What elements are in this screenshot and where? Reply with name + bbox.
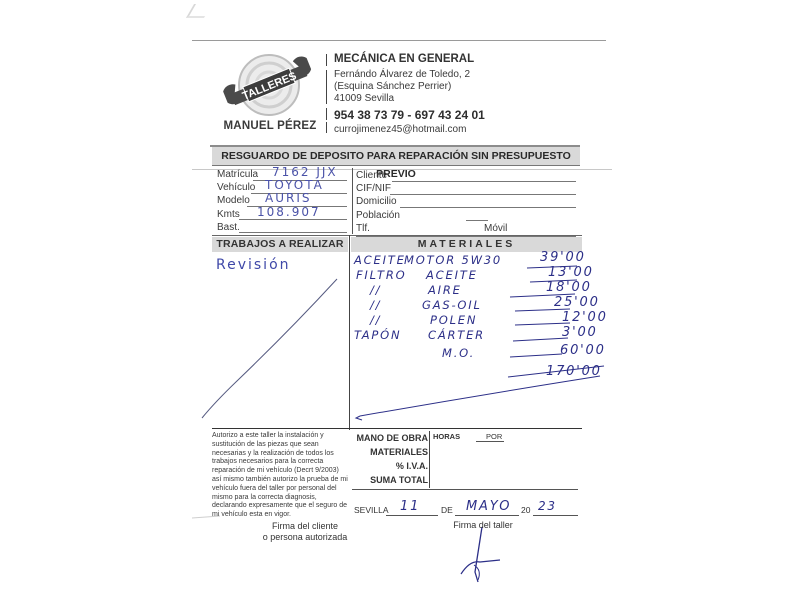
- field-label: CIF/NIF: [356, 182, 391, 196]
- top-divider: [192, 40, 606, 41]
- address-line-1: Fernándo Álvarez de Toledo, 2: [326, 69, 485, 81]
- client-field-poblacin: Población: [356, 209, 576, 223]
- brand-name: MANUEL PÉREZ: [220, 120, 320, 132]
- day-line: [386, 515, 438, 516]
- field-value: 108.907: [257, 205, 321, 219]
- hours-label: HORAS: [433, 432, 460, 441]
- material-item-part: TAPÓN: [354, 328, 401, 342]
- date-day: 11: [400, 499, 420, 514]
- material-item-name: GAS-OIL: [422, 298, 482, 312]
- totals-divider: [429, 431, 430, 488]
- field-label: Kmts: [217, 208, 240, 222]
- material-price: 39'00: [540, 250, 586, 265]
- date-month: MAYO: [466, 499, 511, 514]
- scan-artifact: [186, 4, 212, 18]
- client-field-cliente: Cliente: [356, 169, 576, 183]
- business-type: MECÁNICA EN GENERAL: [326, 52, 485, 66]
- client-signature-line-1: Firma del cliente: [240, 521, 370, 532]
- material-item-part: //: [370, 313, 381, 327]
- material-item-name: POLEN: [430, 313, 477, 327]
- date-year-prefix: 20: [521, 505, 530, 515]
- vehicle-field-bast: Bast.: [217, 221, 347, 235]
- material-item-name: ACEITE: [426, 268, 478, 282]
- client-signature-line-2: o persona autorizada: [240, 532, 370, 543]
- material-price: 12'00: [562, 310, 608, 325]
- vat-label: % I.V.A.: [352, 459, 428, 473]
- field-label: Matrícula: [217, 168, 258, 182]
- date-year: 23: [538, 499, 557, 513]
- material-price: 3'00: [562, 325, 598, 340]
- wrench-logo-icon: TALLERES: [222, 52, 316, 118]
- material-item-name: AIRE: [428, 283, 462, 297]
- field-label: Población: [356, 209, 400, 223]
- material-item-part: //: [370, 298, 381, 312]
- logo: TALLERES: [222, 52, 316, 118]
- field-label: Modelo: [217, 194, 250, 208]
- field-label: Bast.: [217, 221, 240, 235]
- work-header: TRABAJOS A REALIZAR: [212, 237, 348, 252]
- phone-numbers: 954 38 73 79 - 697 43 24 01: [326, 108, 485, 123]
- field-value: 7162 JJX: [272, 165, 338, 179]
- material-price: 13'00: [548, 265, 594, 280]
- field-label: Tlf.: [356, 222, 370, 236]
- form-title: RESGUARDO DE DEPOSITO PARA REPARACIÓN SI…: [212, 147, 580, 166]
- material-item-name: CÁRTER: [428, 328, 485, 342]
- client-field-cifnif: CIF/NIF: [356, 182, 576, 196]
- year-line: [533, 515, 578, 516]
- field-label: Cliente: [356, 169, 387, 183]
- totals-labels: MANO DE OBRA MATERIALES % I.V.A. SUMA TO…: [352, 431, 428, 487]
- field-label: Vehículo: [217, 181, 255, 195]
- field-label: Domicilio: [356, 195, 397, 209]
- date-de: DE: [441, 505, 453, 515]
- material-item-part: ACEITE: [354, 253, 406, 267]
- por-label: POR: [476, 432, 504, 442]
- address-line-3: 41009 Sevilla: [326, 93, 485, 105]
- date-row: SEVILLA 11 DE MAYO 20 23: [354, 503, 578, 517]
- labor-label: MANO DE OBRA: [352, 431, 428, 445]
- work-item: Revisión: [216, 257, 291, 273]
- total-label: SUMA TOTAL: [352, 473, 428, 487]
- vehicle-field-kmts: Kmts108.907: [217, 208, 347, 222]
- vehicle-client-divider: [352, 168, 353, 234]
- material-price: 60'00: [560, 343, 606, 358]
- client-field-domicilio: Domicilio: [356, 195, 576, 209]
- material-item-name: M.O.: [442, 346, 475, 360]
- authorization-text: Autorizo a este taller la instalación y …: [212, 432, 348, 520]
- field-value: AURIS: [265, 191, 312, 205]
- email: currojimenez45@hotmail.com: [326, 123, 485, 136]
- column-divider: [349, 235, 350, 430]
- materials-label: MATERIALES: [352, 445, 428, 459]
- section-divider: [212, 235, 582, 236]
- material-item-part: //: [370, 283, 381, 297]
- work-section-bottom: [212, 428, 582, 429]
- totals-bottom-rule: [352, 489, 578, 490]
- client-field-tlf: Tlf.Móvil: [356, 222, 576, 236]
- material-price: 18'00: [546, 280, 592, 295]
- client-signature-label: Firma del cliente o persona autorizada: [240, 521, 370, 543]
- material-item-part: FILTRO: [356, 268, 407, 282]
- material-item-name: MOTOR 5W30: [404, 253, 502, 267]
- month-line: [455, 515, 519, 516]
- date-city: SEVILLA: [354, 505, 389, 515]
- address-line-2: (Esquina Sánchez Perrier): [326, 81, 485, 93]
- field-value: TOYOTA: [265, 178, 324, 192]
- materials-total: 170'00: [546, 364, 602, 379]
- material-price: 25'00: [554, 295, 600, 310]
- movil-label: Móvil: [484, 222, 507, 236]
- workshop-signature-label: Firma del taller: [448, 520, 518, 530]
- business-info: MECÁNICA EN GENERAL Fernándo Álvarez de …: [326, 52, 485, 136]
- field-underline: [239, 232, 347, 233]
